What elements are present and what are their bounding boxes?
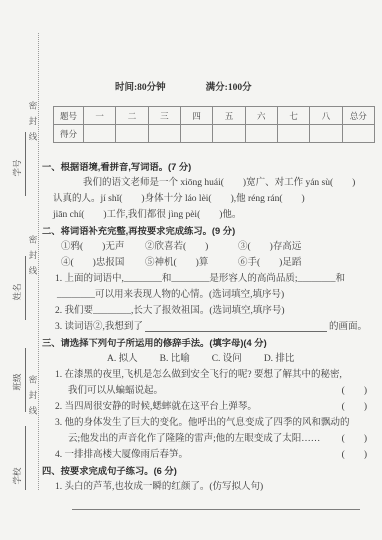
answer-blank-underline [145,319,327,332]
idiom-item-3: ③( )存高远 [238,239,373,255]
answer-paren: ( ) [342,431,367,447]
score-table-header-row: 题号 一 二 三 四 五 六 七 八 总分 [54,107,375,125]
score-table-cell: 三 [148,107,180,125]
score-cell-empty [148,125,180,143]
seal-text-middle: 密封线 [28,232,38,285]
score-table-cell: 一 [84,107,116,125]
idiom-item-2: ②欣喜若( ) [145,239,238,255]
idiom-item-4: ④( )忠报国 [61,255,145,271]
score-table-cell: 七 [277,107,309,125]
section-two-q3-prefix: 3. 读词语②,我想到了 [55,319,143,335]
class-label: 班级 [11,373,23,390]
score-cell-empty [245,125,277,143]
seal-text-top: 密封线 [28,98,38,151]
student-number-label: 学号 [11,159,23,176]
section-three-item3-line2: 云;他发出的声音化作了隆隆的雷声;他的左眼变成了太阳…… ( ) [68,431,373,447]
score-table-score-row: 得分 [54,125,375,143]
section-three-item3-line1: 3. 他的身体发生了巨大的变化。他呼出的气息变成了四季的风和飘动的 [55,415,373,431]
section-two-q2: 2. 我们要________,长大了报效祖国。(选词填空,填序号) [55,303,373,319]
section-two-q3-suffix: 的画面。 [329,319,367,335]
exam-meta-row: 时间:80分钟 满分:100分 [115,80,373,96]
score-cell-empty [342,125,374,143]
section-one-line2: 认真的人。jí shǐ( )身体十分 láo lèi( ),他 réng rán… [53,191,373,207]
score-cell-empty [116,125,148,143]
score-row-label: 得分 [54,125,84,143]
section-three-item2: 2. 当四周很安静的时候,蟋蟀就在这平台上弹琴。 ( ) [55,399,373,415]
idiom-item-6: ⑥手( )足蹈 [238,255,373,271]
section-three-title: 三、请选择下列句子所运用的修辞手法。(填字母)(4 分) [42,335,373,351]
student-number-blank-line [25,132,26,196]
score-table-cell: 八 [310,107,342,125]
section-two-title: 二、将词语补充完整,再按要求完成练习。(9 分) [42,223,373,239]
score-cell-empty [310,125,342,143]
option-c: C. 设问 [212,351,242,367]
answer-write-line [72,509,360,510]
score-cell-empty [180,125,212,143]
section-three-item1-line2: 我们可以从蝙蝠说起。 ( ) [68,383,373,399]
section-four-q1: 1. 头白的芦苇,也妆成一瞬的红颜了。(仿写拟人句) [55,479,373,495]
score-table-cell: 五 [213,107,245,125]
score-table: 题号 一 二 三 四 五 六 七 八 总分 得分 [53,106,375,143]
paper-content: 时间:80分钟 满分:100分 题号 一 二 三 四 五 六 七 八 总分 得分 [42,80,373,510]
score-cell-empty [84,125,116,143]
item4-text: 4. 一排排高楼大厦像雨后春笋。 [55,447,188,463]
exam-paper-page: 密封线 密封线 密封线 学号 姓名 班级 学校 时间:80分钟 满分:100分 … [0,0,382,540]
option-b: B. 比喻 [160,351,190,367]
section-one-line3: jiān chí( )工作,我们都很 jìng pèi( )他。 [53,207,373,223]
name-label: 姓名 [11,283,23,300]
idiom-item-5: ⑤神机( )算 [145,255,238,271]
option-a: A. 拟人 [107,351,138,367]
section-two-q1-line2: ________可以用来表现人物的心情。(选词填空,填序号) [57,287,373,303]
answer-paren: ( ) [342,383,367,399]
idiom-items-grid: ①鸦( )无声 ②欣喜若( ) ③( )存高远 ④( )忠报国 ⑤神机( )算 … [61,239,373,271]
section-four-title: 四、按要求完成句子练习。(6 分) [42,463,373,479]
school-label: 学校 [11,467,23,484]
item2-text: 2. 当四周很安静的时候,蟋蟀就在这平台上弹琴。 [55,399,257,415]
rhetoric-options-row: A. 拟人 B. 比喻 C. 设问 D. 排比 [107,351,373,367]
item1-continuation-text: 我们可以从蝙蝠说起。 [68,383,163,399]
item3-continuation-text: 云;他发出的声音化作了隆隆的雷声;他的左眼变成了太阳…… [68,431,320,447]
school-blank-line [25,426,26,490]
option-d: D. 排比 [264,351,295,367]
section-two-q3: 3. 读词语②,我想到了 的画面。 [55,319,373,335]
seal-dotted-line [38,33,39,490]
exam-time: 时间:80分钟 [115,80,166,96]
score-table-cell: 六 [245,107,277,125]
section-three-item1-line1: 1. 在漆黑的夜里,飞机是怎么做到安全飞行的呢? 要想了解其中的秘密, [55,367,373,383]
score-table-cell: 二 [116,107,148,125]
section-one-line1: 我们的语文老师是一个 xiōng huái( )宽广、对工作 yán sù( ) [83,175,373,191]
score-table-cell: 题号 [54,107,84,125]
answer-paren: ( ) [342,399,367,415]
score-cell-empty [213,125,245,143]
exam-full-score: 满分:100分 [206,80,252,96]
score-table-cell: 四 [180,107,212,125]
answer-paren: ( ) [342,447,367,463]
seal-text-bottom: 密封线 [28,372,38,425]
score-table-cell: 总分 [342,107,374,125]
section-three-item4: 4. 一排排高楼大厦像雨后春笋。 ( ) [55,447,373,463]
score-cell-empty [277,125,309,143]
name-blank-line [25,256,26,320]
class-blank-line [25,348,26,412]
section-two-q1-line1: 1. 上面的词语中,________和________是形容人的高尚品质;___… [55,271,373,287]
idiom-item-1: ①鸦( )无声 [61,239,145,255]
section-one-title: 一、根据语境,看拼音,写词语。(7 分) [42,159,373,175]
